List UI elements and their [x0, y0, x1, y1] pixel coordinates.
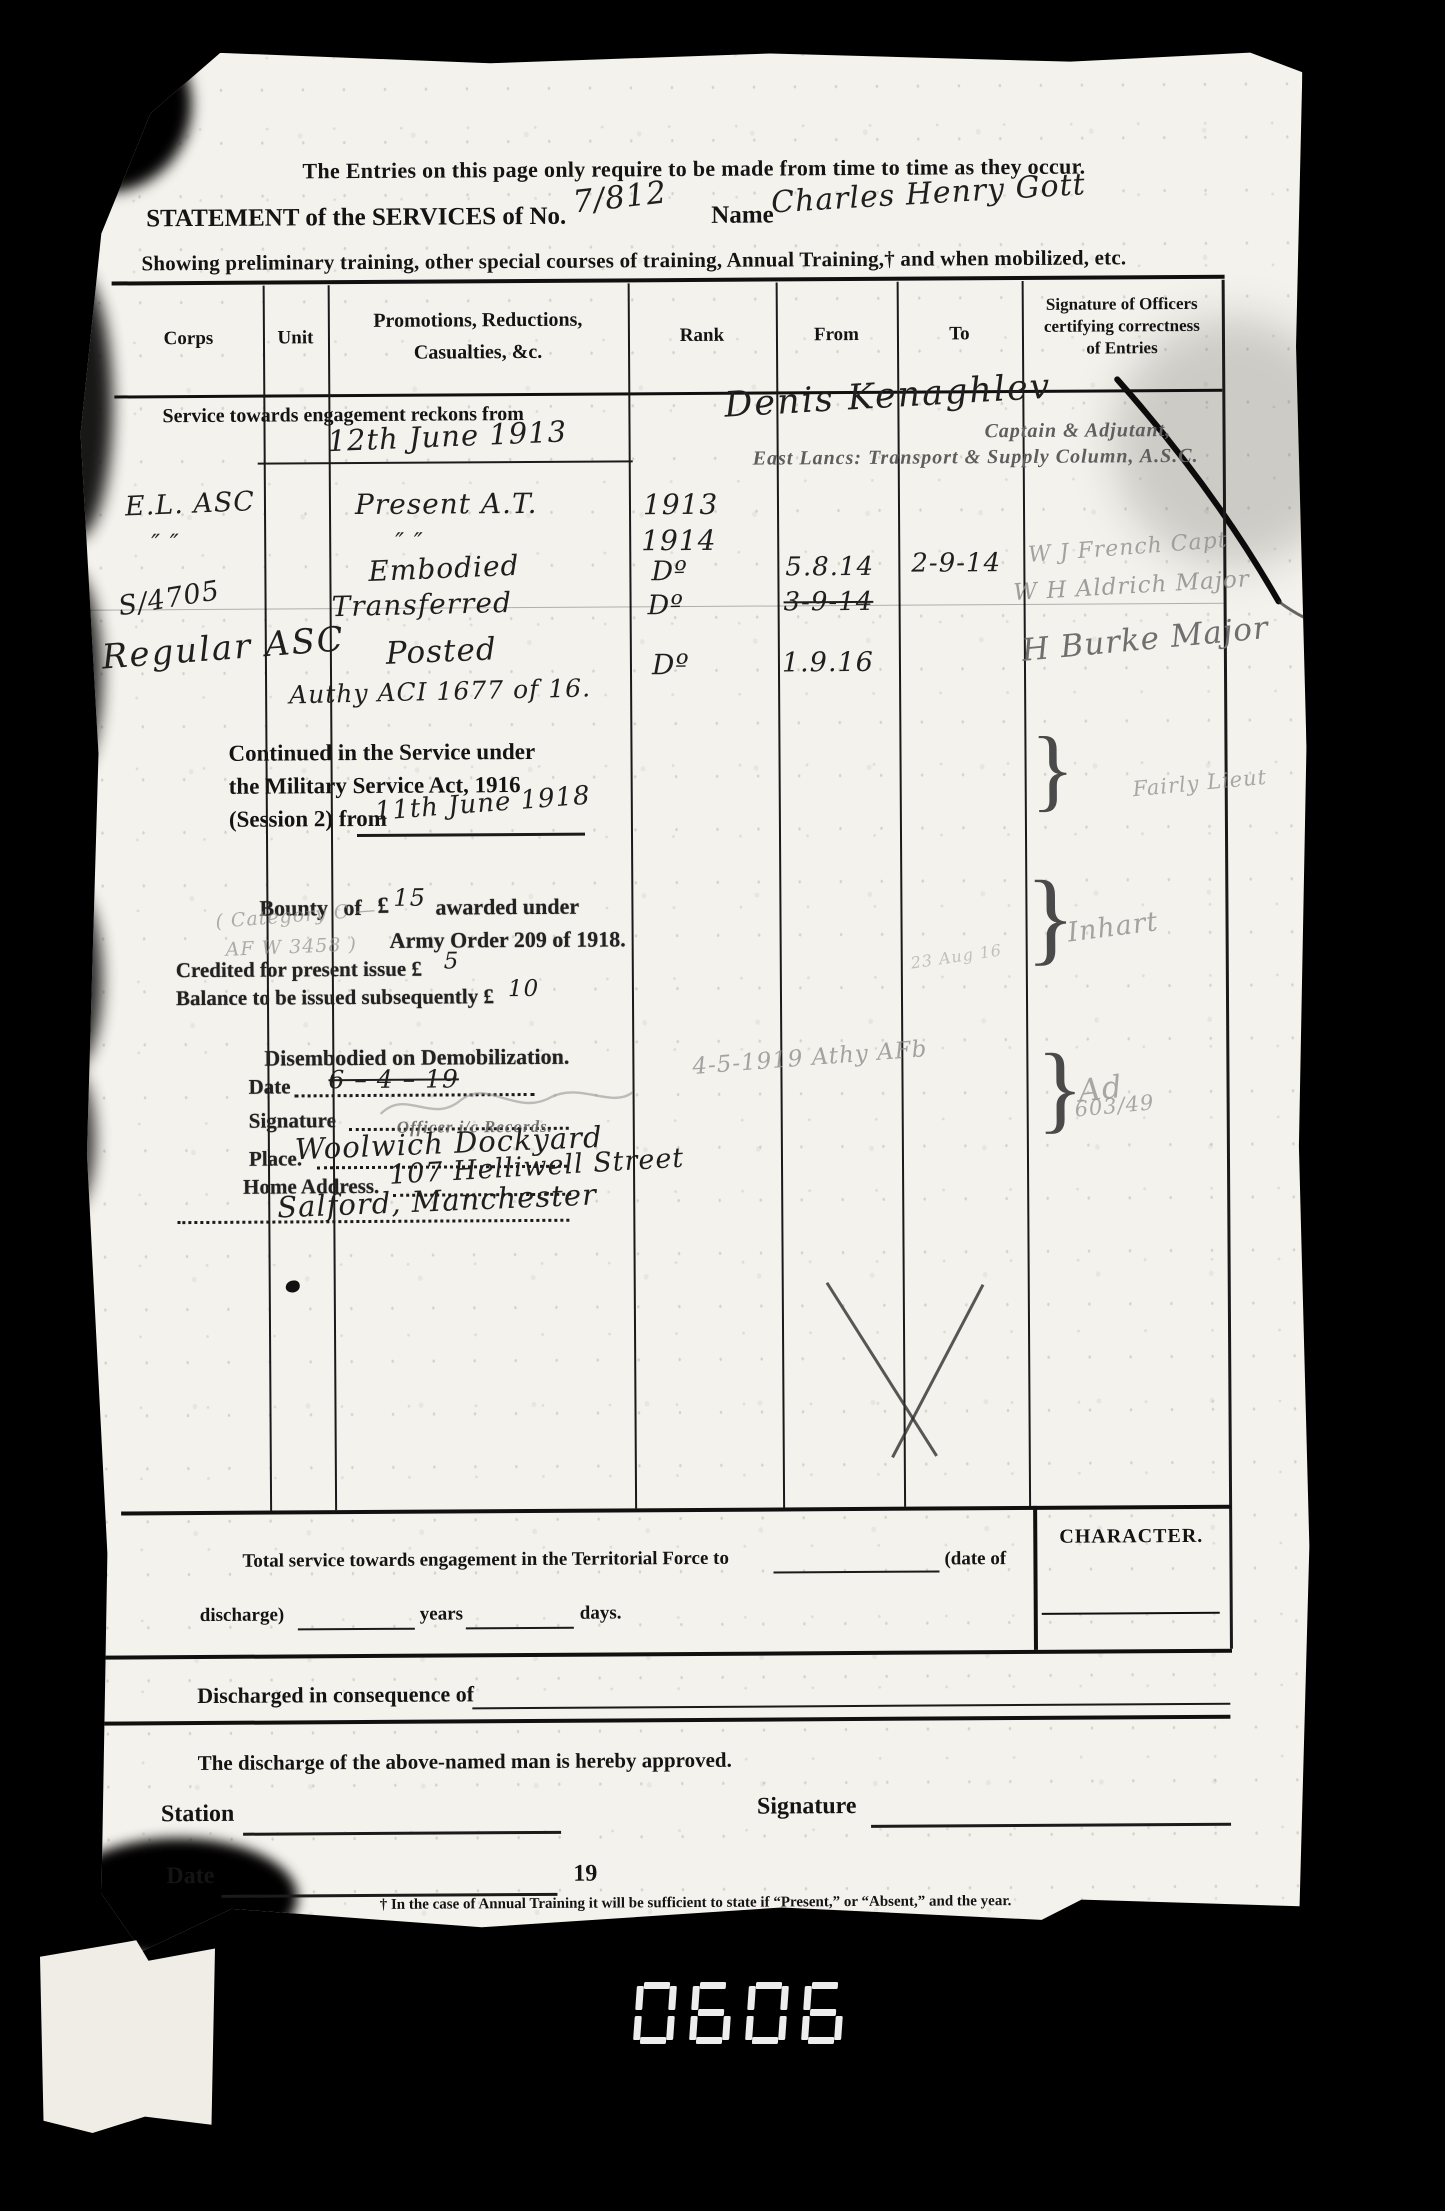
stamp-unit: East Lancs: Transport & Supply Column, A…: [753, 445, 1199, 471]
header-bottom-rule: [114, 389, 1222, 399]
col-header-from: From: [776, 324, 897, 347]
entry-from-4: 3-9-14: [783, 587, 873, 618]
station-label: Station: [161, 1801, 235, 1828]
continued-line-1: Continued in the Service under: [228, 739, 535, 767]
bounty-amount-handwritten: 15: [393, 884, 426, 912]
stamp-captain-adjutant: Captain & Adjutant,: [984, 419, 1171, 443]
entry-rank-2: 1914: [641, 524, 716, 557]
entry-authority-5: Authy ACI 1677 of 16.: [289, 673, 592, 709]
entry-promotion-ditto: ″ ″: [395, 528, 424, 556]
character-title: CHARACTER.: [1033, 1525, 1229, 1549]
entry-rank-1: 1913: [643, 488, 718, 521]
col-header-promotions-2: Casualties, &c.: [328, 340, 628, 365]
pencil-note-mid: Inhart: [1066, 906, 1161, 948]
total-discharge-label: discharge): [200, 1605, 285, 1628]
toner-blotch: [37, 569, 102, 779]
bottom-date-label: Date: [166, 1863, 214, 1890]
entry-promotion-5: Posted: [385, 631, 497, 672]
adjutant-signature: Denis Kenaghlev: [723, 367, 1052, 426]
col-header-rank: Rank: [628, 324, 776, 347]
bounty-word-3: awarded under: [435, 894, 579, 921]
toner-blotch: [0, 0, 221, 221]
toner-blotch: [57, 1837, 298, 1958]
total-service-date-of: (date of: [944, 1548, 1006, 1570]
years-underline: [298, 1628, 415, 1631]
toner-blotch: [38, 269, 114, 539]
scan-background: The Entries on this page only require to…: [0, 0, 1445, 2211]
bottom-signature-underline: [871, 1823, 1231, 1828]
continued-underline: [357, 833, 585, 837]
col-header-unit: Unit: [263, 327, 328, 349]
col-header-corps: Corps: [114, 328, 263, 351]
entry-corps-ditto: ″ ″: [151, 529, 180, 557]
bounty-pencil-category: ( Category C —: [215, 899, 377, 933]
entry-from-3: 5.8.14: [785, 552, 874, 583]
col-header-signature-1: Signature of Officers: [1022, 294, 1222, 315]
top-rule: [112, 275, 1225, 286]
brace-mark: }: [1030, 716, 1075, 822]
demob-signature-label: Signature: [249, 1108, 336, 1134]
footnote: † In the case of Annual Training it will…: [295, 1893, 1095, 1915]
approved-line: The discharge of the above-named man is …: [198, 1748, 732, 1776]
demob-home-dotted-line-2: [177, 1199, 569, 1224]
page-subtitle: Showing preliminary training, other spec…: [141, 245, 1126, 276]
col-divider: [328, 285, 337, 1510]
col-header-to: To: [897, 323, 1022, 346]
entry-promotion-4: Transferred: [331, 586, 512, 623]
demob-date-label: Date: [248, 1074, 290, 1099]
discharged-bottom-rule: [100, 1715, 1230, 1726]
bounty-line-2: Army Order 209 of 1918.: [390, 926, 626, 953]
continued-line-3: (Session 2) from: [229, 806, 387, 833]
bounty-balance-label: Balance to be issued subsequently £: [176, 984, 494, 1011]
brace-mark: }: [1036, 1033, 1084, 1145]
entry-from-5: 1.9.16: [782, 647, 874, 679]
bounty-credited-label: Credited for present issue £: [176, 957, 422, 984]
ink-blot: [286, 1280, 300, 1292]
name-label: Name: [711, 201, 774, 229]
bounty-credited-amount: 5: [444, 948, 460, 974]
seven-segment-digit: [801, 1982, 845, 2044]
torn-paper-fragment: [40, 1928, 215, 2133]
days-underline: [466, 1627, 574, 1630]
entry-promotion-1: Present A.T.: [355, 487, 538, 521]
seven-segment-digit: [745, 1982, 789, 2044]
bottom-signature-label: Signature: [757, 1793, 857, 1821]
col-header-signature-3: of Entries: [1022, 338, 1222, 359]
entry-corps-4: S/4705: [116, 575, 222, 622]
toner-blotch: [40, 1064, 95, 1214]
total-service-underline: [773, 1570, 939, 1573]
entry-corps-5: Regular ASC: [100, 619, 346, 677]
toner-blotch: [46, 1599, 95, 1729]
century-label: 19: [573, 1861, 597, 1888]
col-divider: [628, 283, 637, 1508]
engagement-underline: [258, 460, 633, 464]
toner-blotch: [43, 889, 102, 1069]
demob-pencil-date: 4-5-1919 Athy AFb: [691, 1036, 928, 1080]
days-label: days.: [580, 1602, 622, 1624]
entry-corps-1: E.L. ASC: [124, 486, 255, 522]
entry-rank-5: Dº: [652, 648, 690, 681]
seven-segment-digit: [633, 1982, 677, 2044]
ink-check-stroke: [826, 1282, 938, 1457]
entry-to-3: 2-9-14: [911, 548, 1001, 579]
statement-label: STATEMENT of the SERVICES of No.: [146, 203, 566, 234]
faint-to-note: 23 Aug 16: [909, 940, 1003, 972]
station-underline: [243, 1831, 561, 1836]
col-header-signature-2: certifying correctness: [1022, 316, 1222, 337]
discharged-underline: [472, 1703, 1230, 1710]
entry-promotion-3: Embodied: [368, 549, 520, 588]
film-frame-counter: [635, 1982, 843, 2044]
document-page: The Entries on this page only require to…: [70, 46, 1314, 1951]
years-label: years: [420, 1603, 463, 1625]
entry-rank-3: Dº: [651, 556, 688, 587]
total-service-line1: Total service towards engagement in the …: [242, 1548, 729, 1573]
pencil-note-lieut: Fairly Lieut: [1132, 765, 1268, 801]
col-header-promotions-1: Promotions, Reductions,: [328, 308, 628, 333]
bounty-balance-amount: 10: [508, 976, 539, 1002]
character-bottom-rule: [100, 1649, 1232, 1660]
seven-segment-digit: [689, 1982, 733, 2044]
bounty-currency: £: [377, 893, 389, 919]
discharged-label: Discharged in consequence of: [197, 1681, 474, 1709]
